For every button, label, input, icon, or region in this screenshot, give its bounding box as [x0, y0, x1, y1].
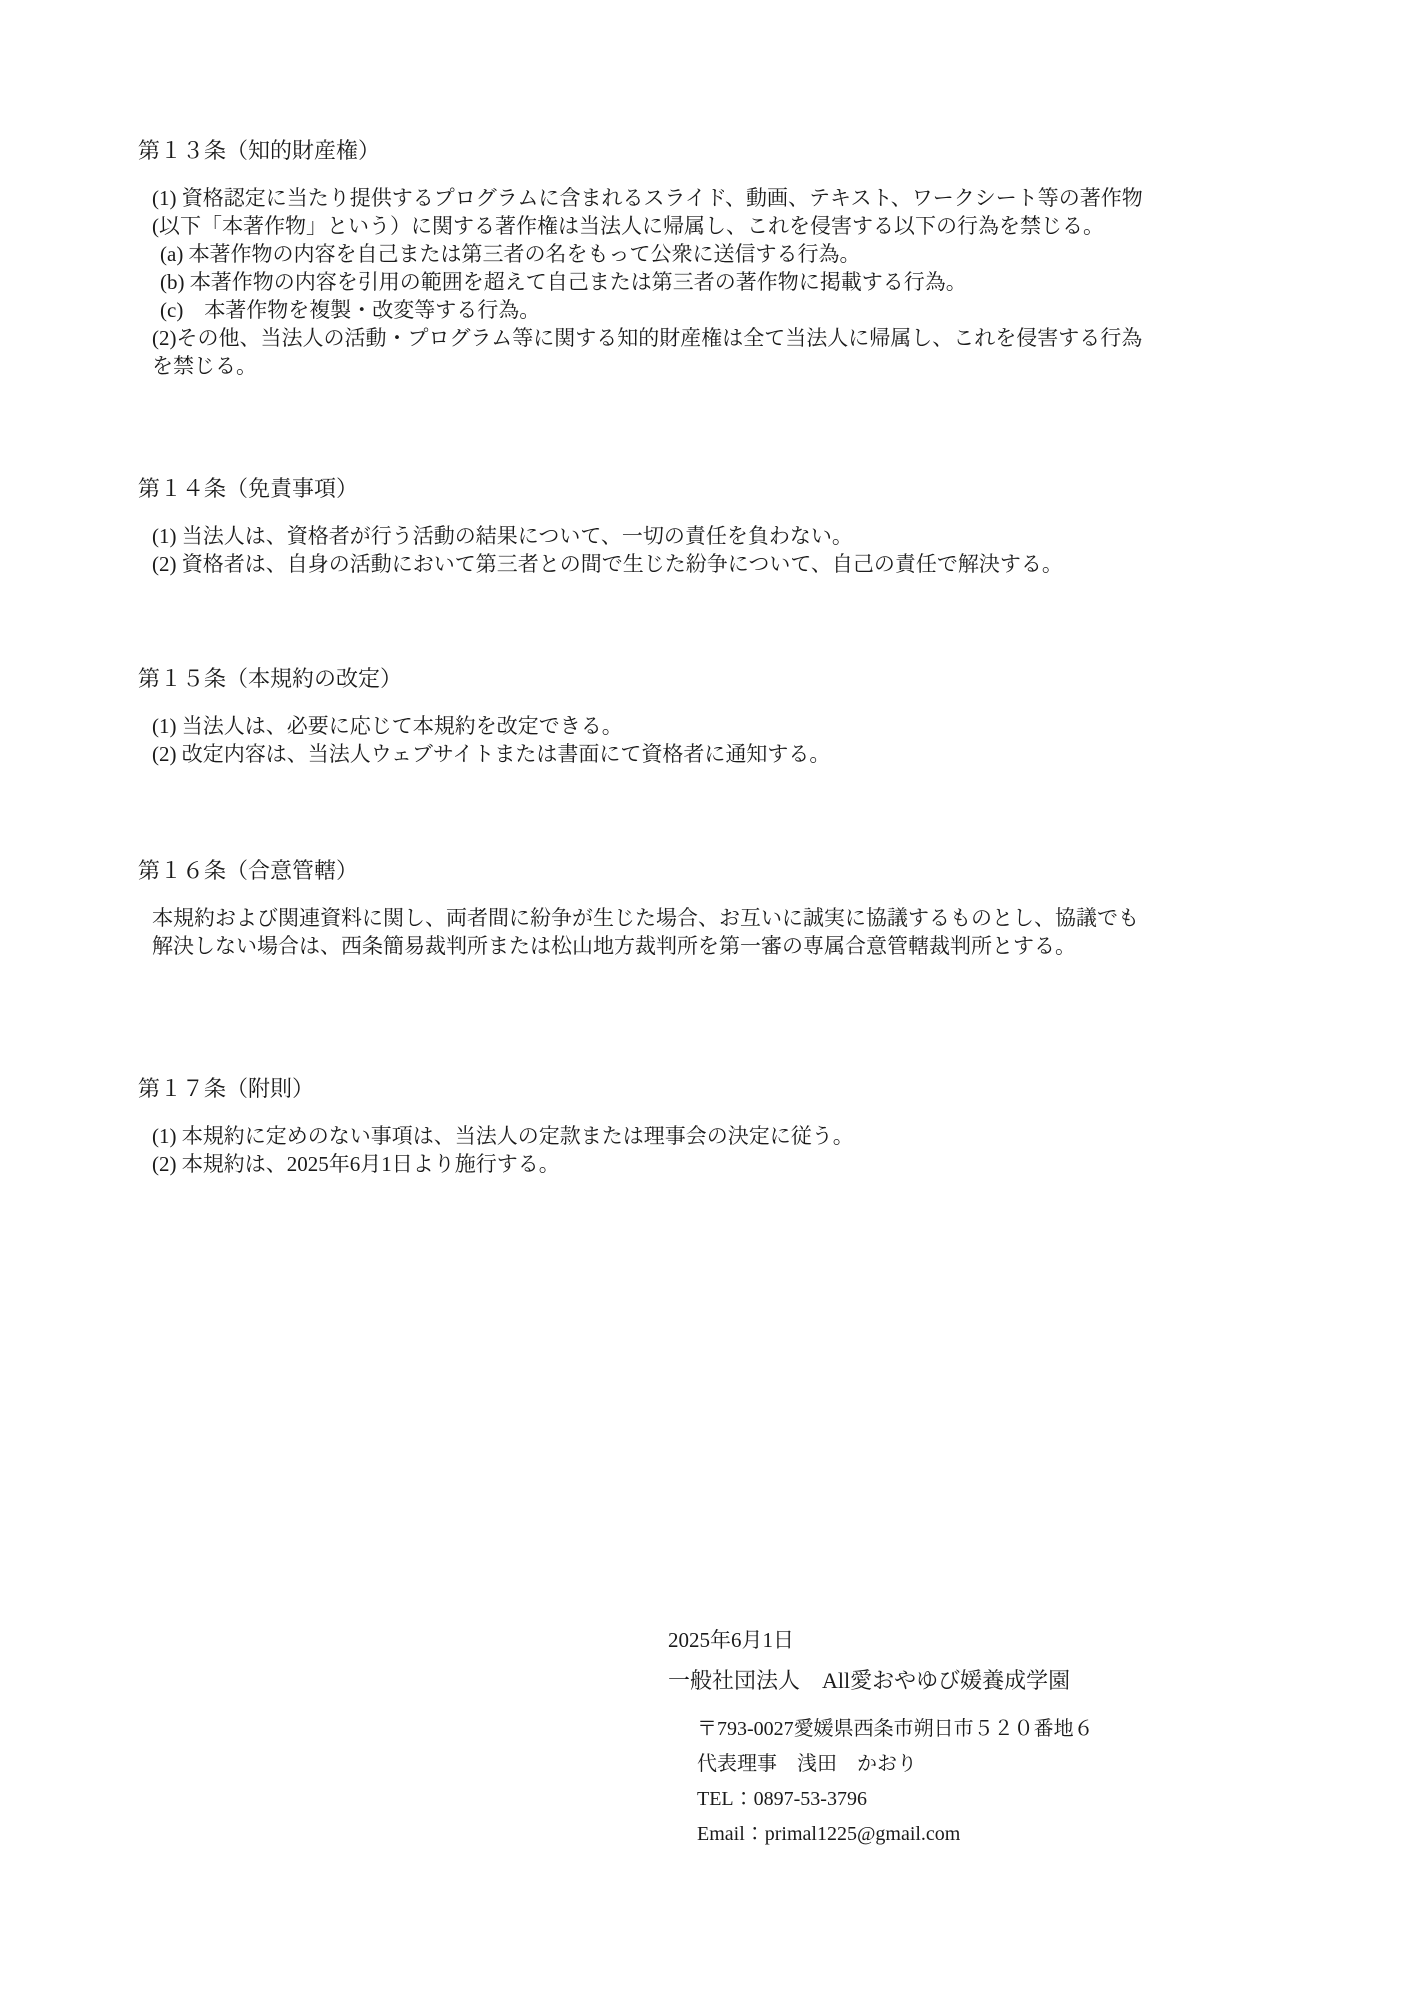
footer-detail-line: TEL：0897-53-3796	[697, 1782, 1094, 1817]
article-line: (1) 当法人は、資格者が行う活動の結果について、一切の責任を負わない。	[138, 522, 1304, 550]
article-13-body: (1) 資格認定に当たり提供するプログラムに含まれるスライド、動画、テキスト、ワ…	[138, 184, 1304, 380]
article-16-heading: 第１６条（合意管轄）	[138, 856, 1304, 886]
footer-organization: 一般社団法人 All愛おやゆび媛養成学園	[668, 1666, 1070, 1696]
article-line: (b) 本著作物の内容を引用の範囲を超えて自己または第三者の著作物に掲載する行為…	[138, 268, 1304, 296]
article-17: 第１７条（附則） (1) 本規約に定めのない事項は、当法人の定款または理事会の決…	[138, 1074, 1304, 1178]
article-14: 第１４条（免責事項） (1) 当法人は、資格者が行う活動の結果について、一切の責…	[138, 474, 1304, 578]
article-16: 第１６条（合意管轄） 本規約および関連資料に関し、両者間に紛争が生じた場合、お互…	[138, 856, 1304, 960]
article-15: 第１５条（本規約の改定） (1) 当法人は、必要に応じて本規約を改定できる。(2…	[138, 664, 1304, 768]
article-line: (2) 資格者は、自身の活動において第三者との間で生じた紛争について、自己の責任…	[138, 550, 1304, 578]
article-13-heading: 第１３条（知的財産権）	[138, 136, 1304, 166]
article-line: (a) 本著作物の内容を自己または第三者の名をもって公衆に送信する行為。	[138, 240, 1304, 268]
article-line: 本規約および関連資料に関し、両者間に紛争が生じた場合、お互いに誠実に協議するもの…	[138, 904, 1304, 932]
article-line: (1) 当法人は、必要に応じて本規約を改定できる。	[138, 712, 1304, 740]
article-line: 解決しない場合は、西条簡易裁判所または松山地方裁判所を第一審の専属合意管轄裁判所…	[138, 932, 1304, 960]
article-14-body: (1) 当法人は、資格者が行う活動の結果について、一切の責任を負わない。(2) …	[138, 522, 1304, 578]
article-line: (1) 資格認定に当たり提供するプログラムに含まれるスライド、動画、テキスト、ワ…	[138, 184, 1304, 212]
article-line: (以下「本著作物」という）に関する著作権は当法人に帰属し、これを侵害する以下の行…	[138, 212, 1304, 240]
footer-detail-line: 〒793-0027愛媛県西条市朔日市５２０番地６	[697, 1712, 1094, 1747]
article-line: (2) 改定内容は、当法人ウェブサイトまたは書面にて資格者に通知する。	[138, 740, 1304, 768]
footer-detail-line: Email：primal1225@gmail.com	[697, 1817, 1094, 1852]
footer-date: 2025年6月1日	[668, 1626, 794, 1654]
article-15-heading: 第１５条（本規約の改定）	[138, 664, 1304, 694]
article-13: 第１３条（知的財産権） (1) 資格認定に当たり提供するプログラムに含まれるスラ…	[138, 136, 1304, 380]
article-line: (c) 本著作物を複製・改変等する行為。	[138, 296, 1304, 324]
article-14-heading: 第１４条（免責事項）	[138, 474, 1304, 504]
article-16-body: 本規約および関連資料に関し、両者間に紛争が生じた場合、お互いに誠実に協議するもの…	[138, 904, 1304, 960]
article-line: (1) 本規約に定めのない事項は、当法人の定款または理事会の決定に従う。	[138, 1122, 1304, 1150]
document-page: 第１３条（知的財産権） (1) 資格認定に当たり提供するプログラムに含まれるスラ…	[0, 0, 1414, 2000]
article-line: (2) 本規約は、2025年6月1日より施行する。	[138, 1150, 1304, 1178]
article-line: を禁じる。	[138, 352, 1304, 380]
article-17-heading: 第１７条（附則）	[138, 1074, 1304, 1104]
footer-details: 〒793-0027愛媛県西条市朔日市５２０番地６代表理事 浅田 かおりTEL：0…	[697, 1712, 1094, 1852]
article-line: (2)その他、当法人の活動・プログラム等に関する知的財産権は全て当法人に帰属し、…	[138, 324, 1304, 352]
footer-detail-line: 代表理事 浅田 かおり	[697, 1747, 1094, 1782]
article-17-body: (1) 本規約に定めのない事項は、当法人の定款または理事会の決定に従う。(2) …	[138, 1122, 1304, 1178]
article-15-body: (1) 当法人は、必要に応じて本規約を改定できる。(2) 改定内容は、当法人ウェ…	[138, 712, 1304, 768]
